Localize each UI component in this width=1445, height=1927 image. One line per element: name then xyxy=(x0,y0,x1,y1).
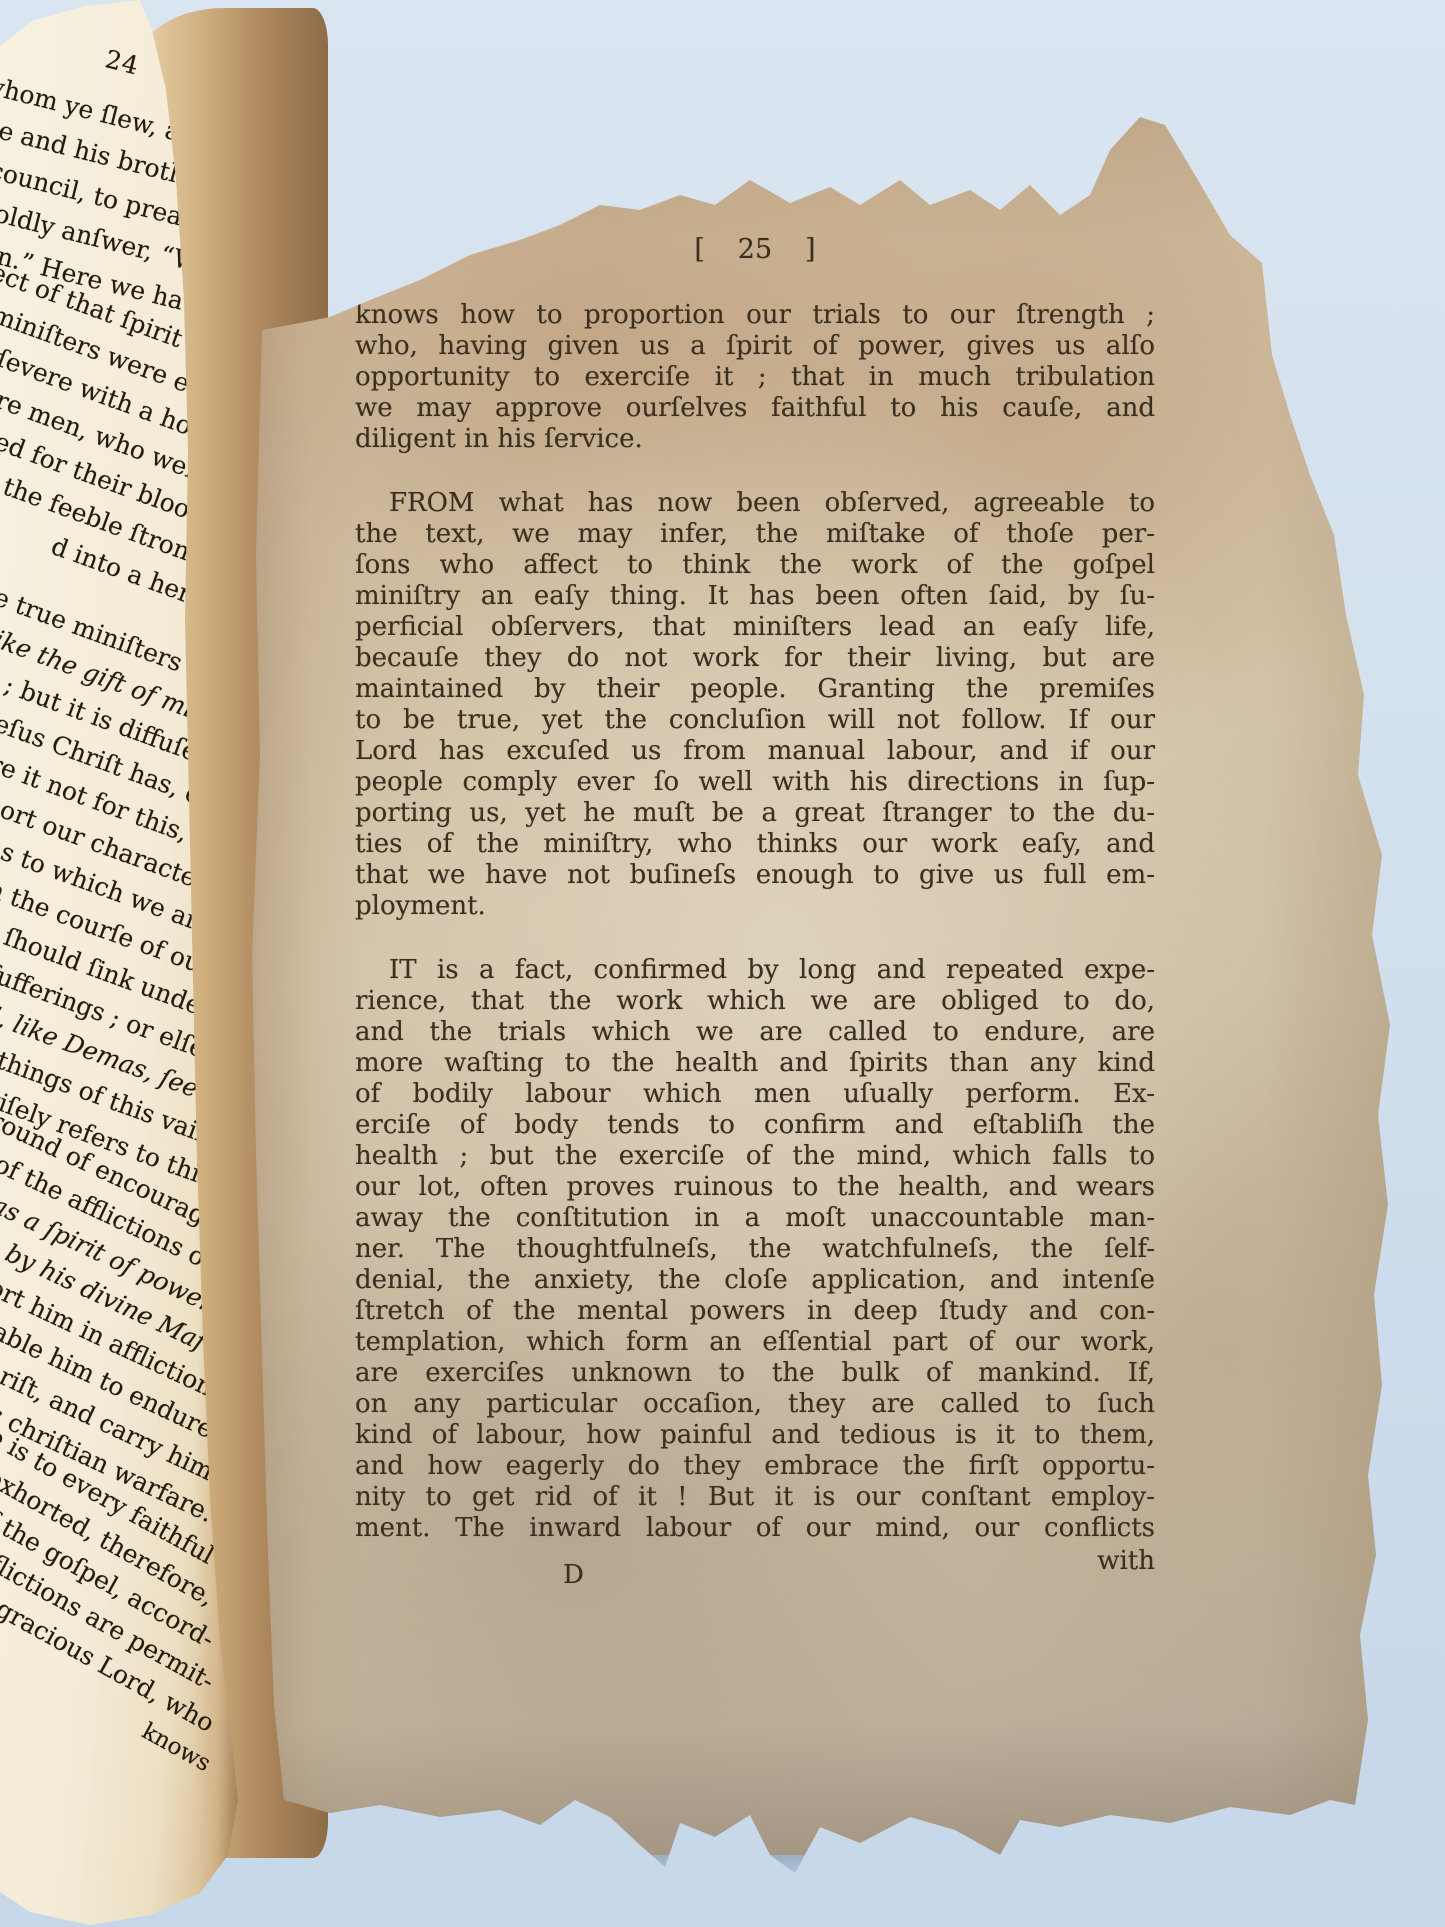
text-line: opportunity to exerciſe it ; that in muc… xyxy=(355,362,1155,393)
text-line: maintained by their people. Granting the… xyxy=(355,674,1155,705)
text-line: templation, which form an eſſential part… xyxy=(355,1327,1155,1358)
text-line: nity to get rid of it ! But it is our co… xyxy=(355,1482,1155,1513)
text-line: ſtretch of the mental powers in deep ſtu… xyxy=(355,1296,1155,1327)
text-line: ment. The inward labour of our mind, our… xyxy=(355,1513,1155,1544)
text-line: on any particular occaſion, they are cal… xyxy=(355,1389,1155,1420)
text-line: the text, we may infer, the miſtake of t… xyxy=(355,519,1155,550)
text-line: IT is a fact, confirmed by long and repe… xyxy=(355,955,1155,986)
text-line: health ; but the exerciſe of the mind, w… xyxy=(355,1141,1155,1172)
catchword: with xyxy=(1097,1546,1155,1577)
text-line: rience, that the work which we are oblig… xyxy=(355,986,1155,1017)
left-page-text-column: 24 ]p Jeſus, whom ye ſlew, andd when he … xyxy=(0,64,210,1788)
text-line: denial, the anxiety, the cloſe applicati… xyxy=(355,1265,1155,1296)
text-line: to be true, yet the concluſion will not … xyxy=(355,705,1155,736)
text-line: ſons who affect to think the work of the… xyxy=(355,550,1155,581)
right-page: [ 25 ] knows how to proportion our trial… xyxy=(210,55,1405,1855)
paragraph: FROM what has now been obſerved, agreeab… xyxy=(355,488,1155,922)
text-line: who, having given us a ſpirit of power, … xyxy=(355,331,1155,362)
text-line: knows how to proportion our trials to ou… xyxy=(355,300,1155,331)
right-page-text-block: [ 25 ] knows how to proportion our trial… xyxy=(355,234,1155,1590)
text-line: our lot, often proves ruinous to the hea… xyxy=(355,1172,1155,1203)
text-line: ployment. xyxy=(355,891,1155,922)
text-line: away the conſtitution in a moſt unaccoun… xyxy=(355,1203,1155,1234)
book-photo: 24 ]p Jeſus, whom ye ſlew, andd when he … xyxy=(0,0,1445,1927)
text-line: ties of the miniſtry, who thinks our wor… xyxy=(355,829,1155,860)
text-line: that we have not buſineſs enough to give… xyxy=(355,860,1155,891)
text-line: diligent in his ſervice. xyxy=(355,424,1155,455)
body-paragraphs: knows how to proportion our trials to ou… xyxy=(355,300,1155,1544)
text-line: erciſe of body tends to confirm and eſta… xyxy=(355,1110,1155,1141)
text-line: miniſtry an eaſy thing. It has been ofte… xyxy=(355,581,1155,612)
text-line: we may approve ourſelves faithful to his… xyxy=(355,393,1155,424)
signature-row: D with xyxy=(355,1546,1155,1590)
text-line: perficial obſervers, that miniſters lead… xyxy=(355,612,1155,643)
text-line: ner. The thoughtfulneſs, the watchfulneſ… xyxy=(355,1234,1155,1265)
text-line: and how eagerly do they embrace the firſ… xyxy=(355,1451,1155,1482)
text-line: kind of labour, how painful and tedious … xyxy=(355,1420,1155,1451)
text-line: Lord has excuſed us from manual labour, … xyxy=(355,736,1155,767)
text-line: FROM what has now been obſerved, agreeab… xyxy=(355,488,1155,519)
signature-mark: D xyxy=(563,1560,584,1591)
page-number: [ 25 ] xyxy=(355,234,1155,265)
paragraph: knows how to proportion our trials to ou… xyxy=(355,300,1155,455)
text-line: people comply ever ſo well with his dire… xyxy=(355,767,1155,798)
text-line: are exerciſes unknown to the bulk of man… xyxy=(355,1358,1155,1389)
text-line: becauſe they do not work for their livin… xyxy=(355,643,1155,674)
paragraph: IT is a fact, confirmed by long and repe… xyxy=(355,955,1155,1544)
text-line: and the trials which we are called to en… xyxy=(355,1017,1155,1048)
text-line: more waſting to the health and ſpirits t… xyxy=(355,1048,1155,1079)
text-line: porting us, yet he muſt be a great ſtran… xyxy=(355,798,1155,829)
text-line: of bodily labour which men uſually perfo… xyxy=(355,1079,1155,1110)
